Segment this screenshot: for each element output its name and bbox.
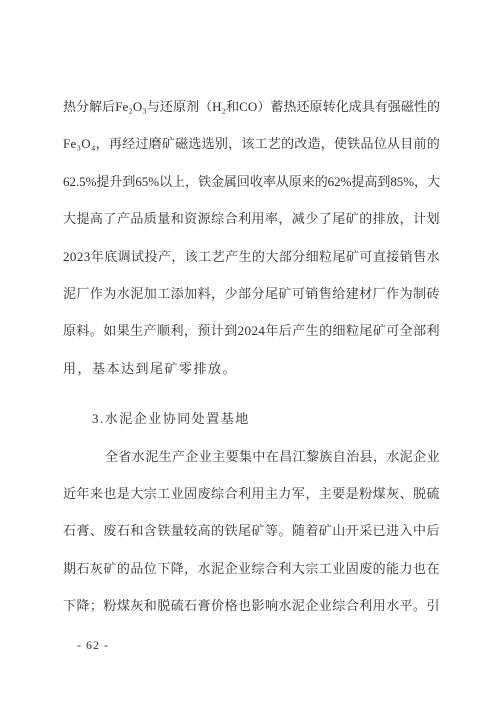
body-line: 热分解后Fe₂O₃与还原剂（H₂和CO）蓄热还原转化成具有强磁性的 <box>63 88 440 125</box>
body-line: 全省水泥生产企业主要集中在昌江黎族自治县，水泥企业 <box>105 438 440 475</box>
body-line: 期石灰矿的品位下降，水泥企业综合利大宗工业固废的能力也在 <box>63 550 440 587</box>
body-text: 热分解后Fe₂O₃与还原剂（H₂和CO）蓄热还原转化成具有强磁性的 Fe₃O₄，… <box>63 88 440 624</box>
body-line-text: 全省水泥生产企业主要集中在昌江黎族自治县，水泥企业 <box>105 449 440 464</box>
body-line-text: Fe₃O₄，再经过磨矿磁选选别，该工艺的改造，使铁品位从目前的 <box>63 136 440 151</box>
body-line-text: 62.5%提升到65%以上，铁金属回收率从原来的62%提高到85%，大 <box>63 174 440 189</box>
body-line: 石膏、废石和含铁量较高的铁尾矿等。随着矿山开采已进入中后 <box>63 512 440 549</box>
body-line-text: 近年来也是大宗工业固废综合利用主力军，主要是粉煤灰、脱硫 <box>63 486 440 501</box>
document-page: 热分解后Fe₂O₃与还原剂（H₂和CO）蓄热还原转化成具有强磁性的 Fe₃O₄，… <box>0 0 500 707</box>
body-line-text: 下降；粉煤灰和脱硫石膏价格也影响水泥企业综合利用水平。引 <box>63 598 440 613</box>
body-line: 2023年底调试投产，该工艺产生的大部分细粒尾矿可直接销售水 <box>63 238 440 275</box>
body-line-text: 大提高了产品质量和资源综合利用率，减少了尾矿的排放，计划 <box>63 211 440 226</box>
body-line-text: 期石灰矿的品位下降，水泥企业综合利大宗工业固废的能力也在 <box>63 561 440 576</box>
body-line-text: 热分解后Fe₂O₃与还原剂（H₂和CO）蓄热还原转化成具有强磁性的 <box>63 99 440 114</box>
body-line: Fe₃O₄，再经过磨矿磁选选别，该工艺的改造，使铁品位从目前的 <box>63 125 440 162</box>
body-line-text: 原料。如果生产顺利，预计到2024年后产生的细粒尾矿可全部利 <box>63 323 440 338</box>
body-line-text: 石膏、废石和含铁量较高的铁尾矿等。随着矿山开采已进入中后 <box>63 523 440 538</box>
body-line: 原料。如果生产顺利，预计到2024年后产生的细粒尾矿可全部利 <box>63 312 440 349</box>
section-heading: 3.水泥企业协同处置基地 <box>63 400 440 437</box>
body-line-text: 用，基本达到尾矿零排放。 <box>63 361 237 376</box>
body-line: 近年来也是大宗工业固废综合利用主力军，主要是粉煤灰、脱硫 <box>63 475 440 512</box>
body-line-text: 泥厂作为水泥加工添加料，少部分尾矿可销售给建材厂作为制砖 <box>63 286 440 301</box>
section-heading-text: 3.水泥企业协同处置基地 <box>92 411 250 426</box>
body-line: 泥厂作为水泥加工添加料，少部分尾矿可销售给建材厂作为制砖 <box>63 275 440 312</box>
body-line: 大提高了产品质量和资源综合利用率，减少了尾矿的排放，计划 <box>63 200 440 237</box>
body-line: 下降；粉煤灰和脱硫石膏价格也影响水泥企业综合利用水平。引 <box>63 587 440 624</box>
body-line-text: 2023年底调试投产，该工艺产生的大部分细粒尾矿可直接销售水 <box>63 249 440 264</box>
body-line: 62.5%提升到65%以上，铁金属回收率从原来的62%提高到85%，大 <box>63 163 440 200</box>
body-line: 用，基本达到尾矿零排放。 <box>63 350 440 387</box>
page-number: - 62 - <box>77 638 109 652</box>
